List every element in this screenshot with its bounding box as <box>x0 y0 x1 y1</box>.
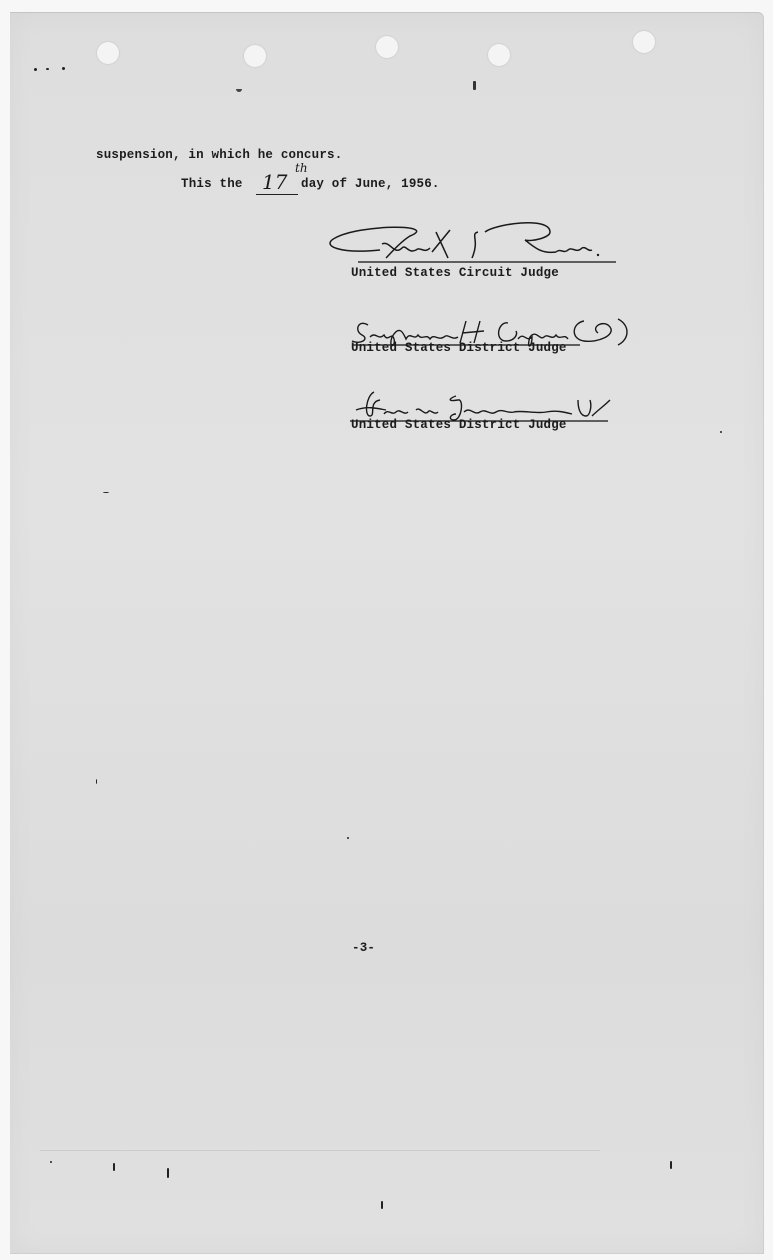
ink-speck <box>381 1201 383 1209</box>
ink-speck <box>167 1168 169 1178</box>
faint-line <box>40 1150 600 1151</box>
ink-speck <box>50 1161 52 1163</box>
punch-hole <box>488 44 510 66</box>
ink-speck <box>113 1163 115 1171</box>
page-number: -3- <box>352 941 375 955</box>
ink-speck <box>62 67 65 70</box>
signature-title: United States Circuit Judge <box>351 266 559 280</box>
signature-rives <box>320 218 620 268</box>
date-underline <box>256 194 298 195</box>
document-page: suspension, in which he concurs. This th… <box>10 12 764 1254</box>
body-text-line: suspension, in which he concurs. <box>96 148 342 162</box>
signature-title: United States District Judge <box>351 418 567 432</box>
punch-hole <box>376 36 398 58</box>
ink-speck <box>236 89 242 92</box>
date-line-prefix: This the <box>181 177 243 191</box>
ink-speck <box>720 431 722 433</box>
ink-speck <box>670 1161 672 1169</box>
handwritten-day: 17 <box>262 170 287 194</box>
ink-speck <box>46 68 49 70</box>
ink-speck <box>347 837 349 839</box>
ink-speck <box>103 492 109 493</box>
signature-title: United States District Judge <box>351 341 567 355</box>
handwritten-day-suffix: th <box>295 161 308 175</box>
ink-speck <box>96 779 97 784</box>
punch-hole <box>97 42 119 64</box>
punch-hole <box>633 31 655 53</box>
punch-hole <box>244 45 266 67</box>
date-line-suffix: day of June, 1956. <box>301 177 440 191</box>
ink-speck <box>34 68 37 71</box>
ink-speck <box>473 81 476 90</box>
